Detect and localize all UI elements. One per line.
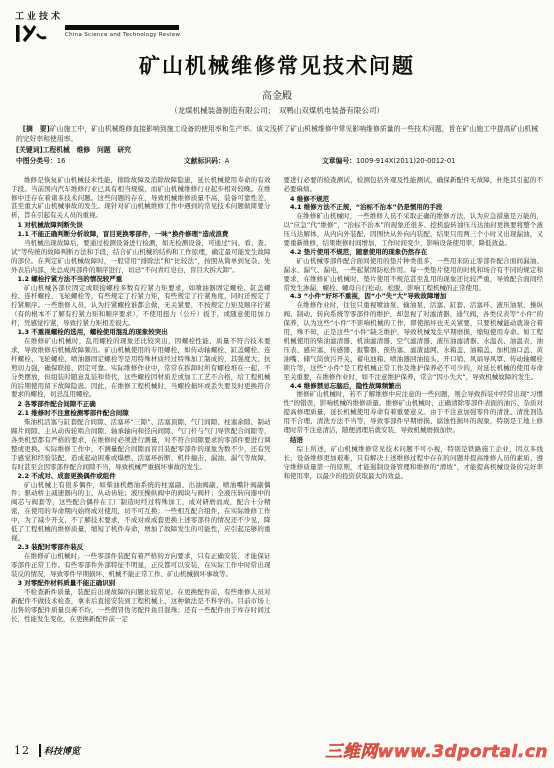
journal-page: 工业技术 China Science and Technology Review… bbox=[0, 0, 554, 768]
body-paragraph: 柴油机活塞与缸套配合间隙、活塞环“三隙”、活塞顶隙、气门间隙、柱塞余隙、制动蹄片… bbox=[11, 418, 271, 471]
keywords: [关键词]工程机械 维修 问题 研究 bbox=[16, 146, 538, 156]
header-rule bbox=[65, 25, 179, 30]
body-paragraph: 在维修矿山机械时，一些维修人员不采取正确的维修方法，认为应急措施是万能的，以“应… bbox=[284, 212, 544, 248]
section-heading: 2.1 维修时不注意检测零部件配合间隙 bbox=[11, 409, 271, 418]
article-title: 矿山机械维修常见技术问题 bbox=[0, 50, 554, 80]
clc-number: 中图分类号：16 bbox=[16, 157, 184, 167]
section-heading: 1.2 螺栓拧紧方法不当的情况较严重 bbox=[11, 275, 271, 284]
journal-logo-icon bbox=[15, 25, 51, 42]
journal-tagline: China Science and Technology Review bbox=[65, 32, 180, 38]
right-column: 要进行必要的检查测试，检测包括外观及性能测试，确保新配件无故障，杜绝其引起的不必… bbox=[284, 176, 544, 624]
body-paragraph: 在维修作业时，往往只重视喷油泵、输油泵、活塞、缸套、活塞环、液压油泵、操纵阀、制… bbox=[284, 301, 544, 381]
page-number: 12 bbox=[14, 744, 30, 757]
left-column: 维修是恢复矿山机械技术性能，排除故障及消除故障隐患，延长机械使用寿命的有效手段。… bbox=[11, 176, 271, 624]
body-paragraph: 当机械出现故障后，要通过检测设备进行检测，如无检测设备，可通过“问、看、查、试”… bbox=[11, 239, 271, 275]
watermark: 三维网www.3dportal.cn bbox=[325, 737, 548, 762]
keywords-text: 工程机械 维修 问题 研究 bbox=[43, 146, 131, 154]
body-paragraph: 矿山机械上有很多偶件，如柴油机燃油系统的柱塞副、出油阀副、喷油嘴针阀副偶件；驱动… bbox=[11, 481, 271, 543]
body-paragraph: 在维修矿山机械时，一些零部件装配有着严格的方向要求，只有正确安装，才能保证零部件… bbox=[11, 552, 271, 579]
article-body: 维修是恢复矿山机械技术性能，排除故障及消除故障隐患，延长机械使用寿命的有效手段。… bbox=[11, 176, 543, 624]
author-affiliation: （龙煤机械装备制造有限公司； 双鸭山双煤机电装备有限公司） bbox=[0, 105, 554, 116]
section-heading: 1.3 不重视螺栓的选用，螺栓使用混乱的现象较突出 bbox=[11, 328, 271, 337]
abstract-text: 矿山施工中，矿山机械维修直接影响到施工设备的使用率和生产率。该文浅析了矿山机械维… bbox=[16, 125, 538, 143]
section-heading: 结语 bbox=[284, 436, 544, 445]
abstract: [摘 要]矿山施工中，矿山机械维修直接影响到施工设备的使用率和生产率。该文浅析了… bbox=[16, 125, 538, 145]
article-id: 文章编号：1009-914X(2011)20-0012-01 bbox=[322, 157, 538, 167]
body-paragraph: 维修矿山机械时，若不了解维修中应注意的一些问题，则会导致拆装中经常出现“习惯性”… bbox=[284, 390, 544, 435]
keywords-label: [关键词] bbox=[16, 146, 43, 154]
page-header: 工业技术 China Science and Technology Review bbox=[15, 9, 180, 42]
section-label: 工业技术 bbox=[15, 9, 180, 22]
journal-name: 科技博览 bbox=[39, 744, 80, 757]
body-paragraph: 矿山机械各部位固定或联接螺栓多数有拧紧力矩要求，如喷油器固定螺栓、缸盖螺栓、连杆… bbox=[11, 284, 271, 329]
section-heading: 2 各零部件配合间隙不正确 bbox=[11, 400, 271, 409]
abstract-label: [摘 要] bbox=[23, 125, 50, 133]
section-heading: 1 对机械故障判断失误 bbox=[11, 221, 271, 230]
body-paragraph: 不检查新件质量，装配后出现故障的问题比较常见。在更换配件前，有些维修人员对新配件… bbox=[11, 588, 271, 624]
section-heading: 1.1 不能正确判断分析故障，盲目更换零部件，一味“换件修理”造成浪费 bbox=[11, 230, 271, 239]
article-meta: [摘 要]矿山施工中，矿山机械维修直接影响到施工设备的使用率和生产率。该文浅析了… bbox=[16, 125, 538, 167]
page-footer: 12 科技博览 bbox=[14, 744, 80, 757]
author-name: 高金殿 bbox=[0, 87, 554, 102]
section-heading: 2.2 不成对、成套更换偶件或组件 bbox=[11, 472, 271, 481]
body-paragraph: 综上所述，矿山机械维修常见技术问题不可小视，特别是铁路施工企业，因点多线长，设备… bbox=[284, 445, 544, 481]
section-heading: 2.3 装配时零部件装反 bbox=[11, 543, 271, 552]
body-paragraph: 矿山机械零部件配合面间使用的垫片种类很多，一些用来防止零部件配合面间漏油、漏水、… bbox=[284, 257, 544, 293]
section-heading: 4.2 垫片使用不规范，随意使用的现象仍然存在 bbox=[284, 248, 544, 257]
body-paragraph: 维修是恢复矿山机械技术性能，排除故障及消除故障隐患，延长机械使用寿命的有效手段。… bbox=[11, 176, 271, 221]
publication-meta: 中图分类号：16 文献标识码：A 文章编号：1009-914X(2011)20-… bbox=[16, 157, 538, 167]
document-code: 文献标识码：A bbox=[184, 157, 322, 167]
body-paragraph: 在维修矿山机械时，乱用螺栓的现象还比较突出，因螺栓性能、质量不符合技术要求，导致… bbox=[11, 337, 271, 399]
body-paragraph: 要进行必要的检查测试，检测包括外观及性能测试，确保新配件无故障，杜绝其引起的不必… bbox=[284, 176, 544, 194]
section-heading: 4.1 维修方法不正规，“治标不治本”仍是惯用的手段 bbox=[284, 203, 544, 212]
